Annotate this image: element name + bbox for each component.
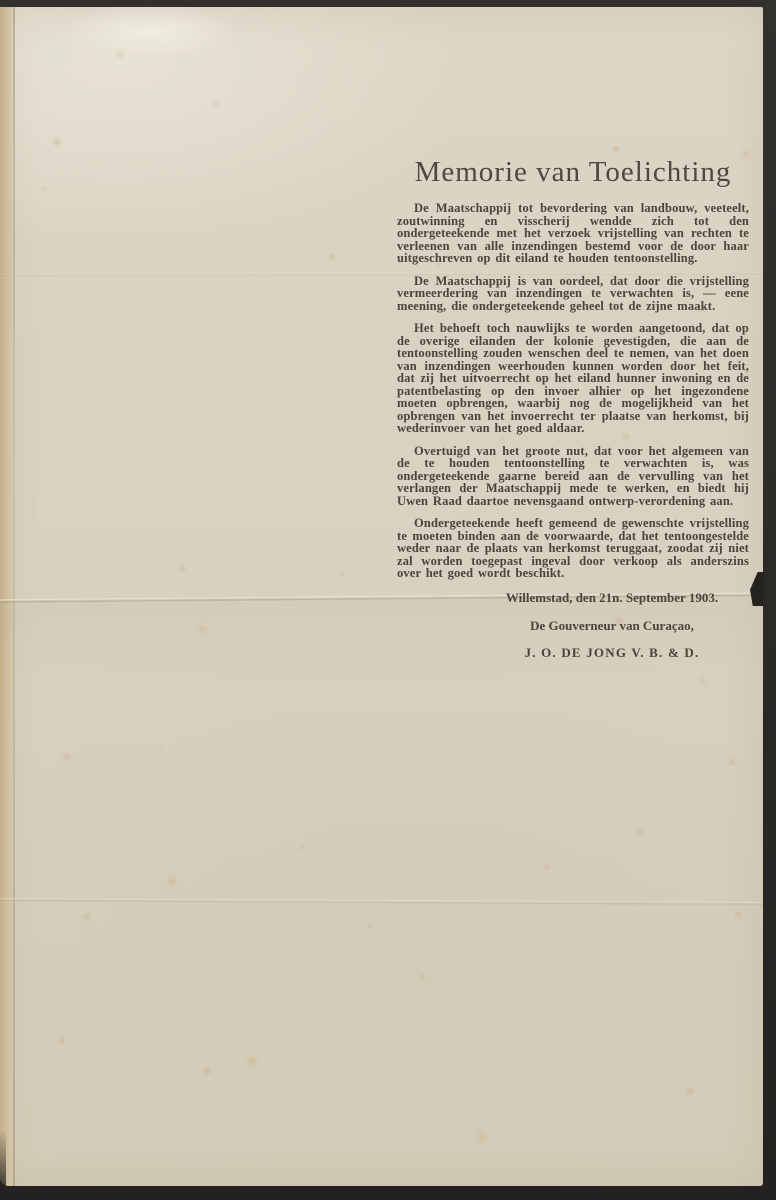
document-body: De Maatschappij tot bevordering van land… (397, 202, 749, 580)
scan-background: Memorie van Toelichting De Maatschappij … (0, 0, 776, 1200)
body-paragraph: Ondergeteekende heeft gemeend de gewensc… (397, 517, 749, 580)
dateline: Willemstad, den 21n. September 1903. (475, 590, 749, 606)
body-paragraph: De Maatschappij is van oordeel, dat door… (397, 275, 749, 313)
printed-text-column: Memorie van Toelichting De Maatschappij … (397, 156, 749, 661)
signatory-title: De Gouverneur van Curaçao, (475, 618, 749, 634)
fold-crease-lower (0, 898, 763, 906)
signature-name: J. O. DE JONG V. B. & D. (475, 645, 749, 661)
body-paragraph: Het behoeft toch nauwlijks te worden aan… (397, 322, 749, 435)
page-edge-shadow (0, 1130, 6, 1186)
bent-corner-highlight (40, 7, 260, 77)
document-title: Memorie van Toelichting (397, 156, 749, 189)
body-paragraph: Overtuigd van het groote nut, dat voor h… (397, 445, 749, 508)
binding-crease-line (13, 7, 15, 1186)
body-paragraph: De Maatschappij tot bevordering van land… (397, 202, 749, 265)
closing-block: Willemstad, den 21n. September 1903. De … (397, 590, 749, 661)
binding-edge-strip (0, 7, 14, 1186)
document-page: Memorie van Toelichting De Maatschappij … (0, 7, 763, 1186)
foxing-spots (0, 7, 4, 11)
